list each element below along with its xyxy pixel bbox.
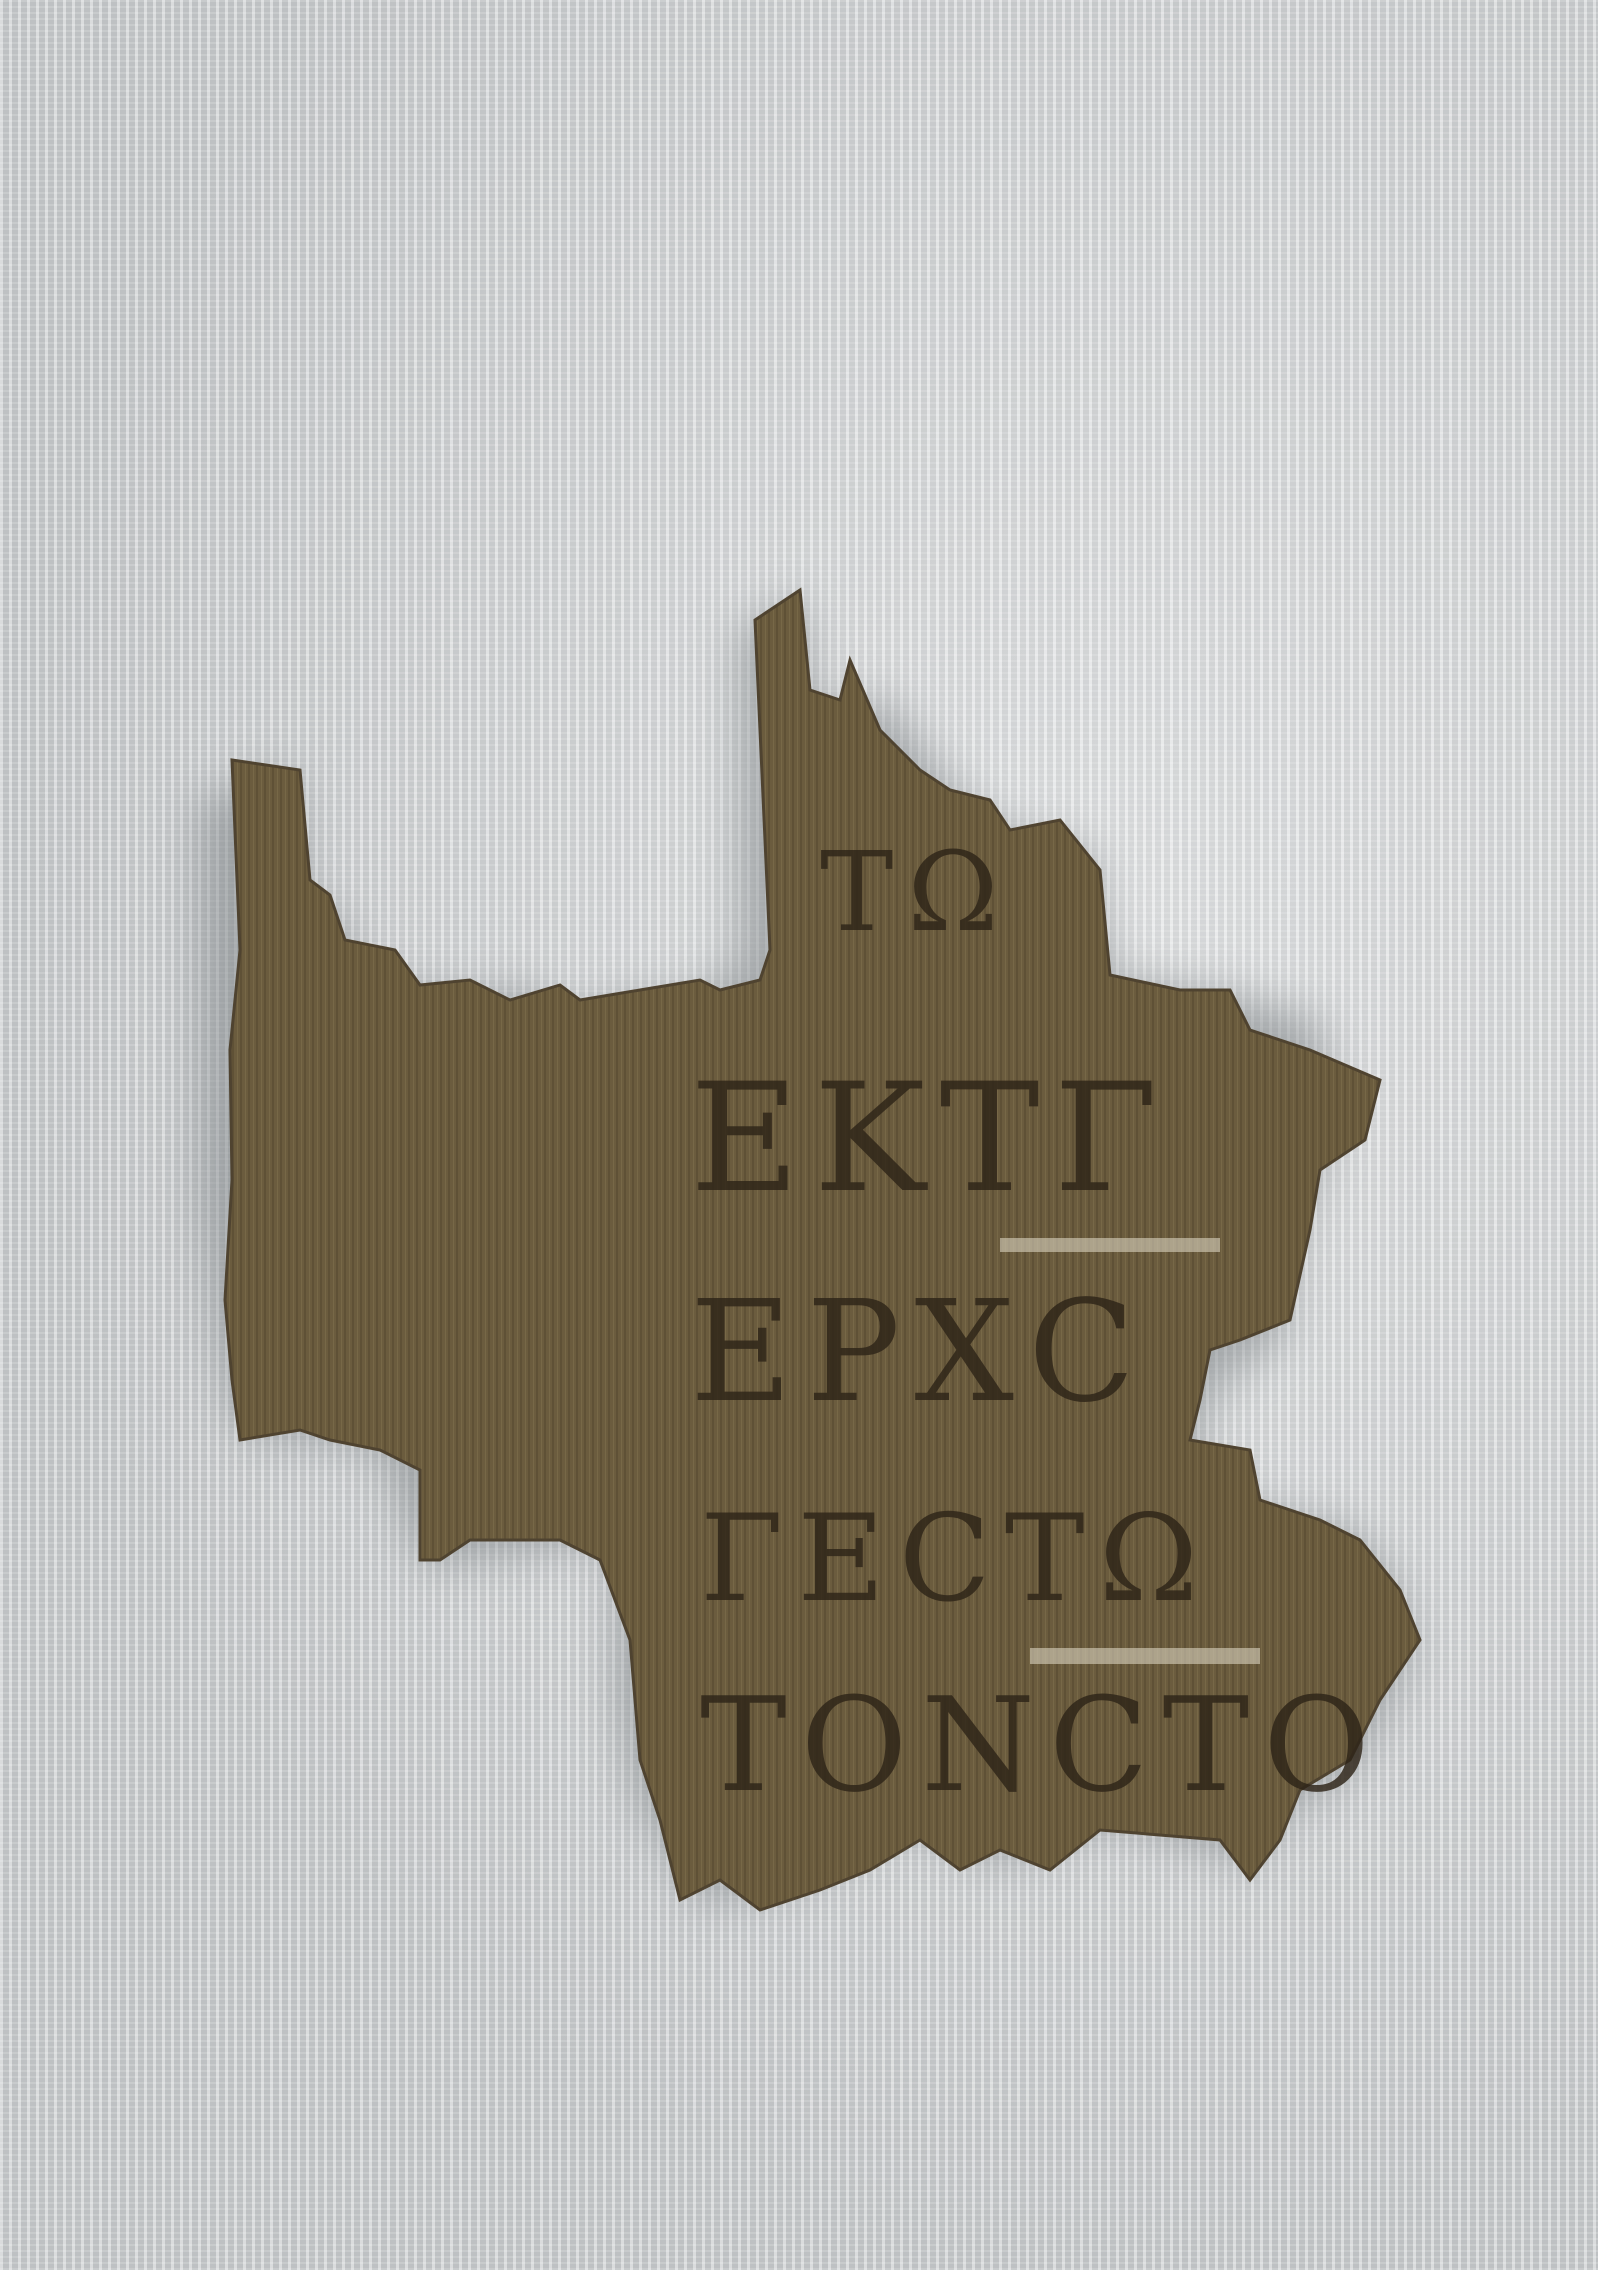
tape-strip bbox=[1030, 1648, 1260, 1664]
text-line-3: ΕΡΧϹ bbox=[690, 1271, 1149, 1434]
text-line-1: ΤΩ bbox=[820, 828, 1013, 956]
text-line-4: ΓΕϹΤΩ bbox=[700, 1490, 1212, 1629]
tape-strip bbox=[1000, 1238, 1220, 1252]
papyrus-fragment: ΤΩ ΕΚΤΓ ΕΡΧϹ ΓΕϹΤΩ ΤΟΝϹΤΟ bbox=[0, 0, 1598, 2270]
photo-scene: ΤΩ ΕΚΤΓ ΕΡΧϹ ΓΕϹΤΩ ΤΟΝϹΤΟ bbox=[0, 0, 1598, 2270]
text-line-5: ΤΟΝϹΤΟ bbox=[700, 1669, 1384, 1821]
text-line-2: ΕΚΤΓ bbox=[690, 1052, 1172, 1226]
